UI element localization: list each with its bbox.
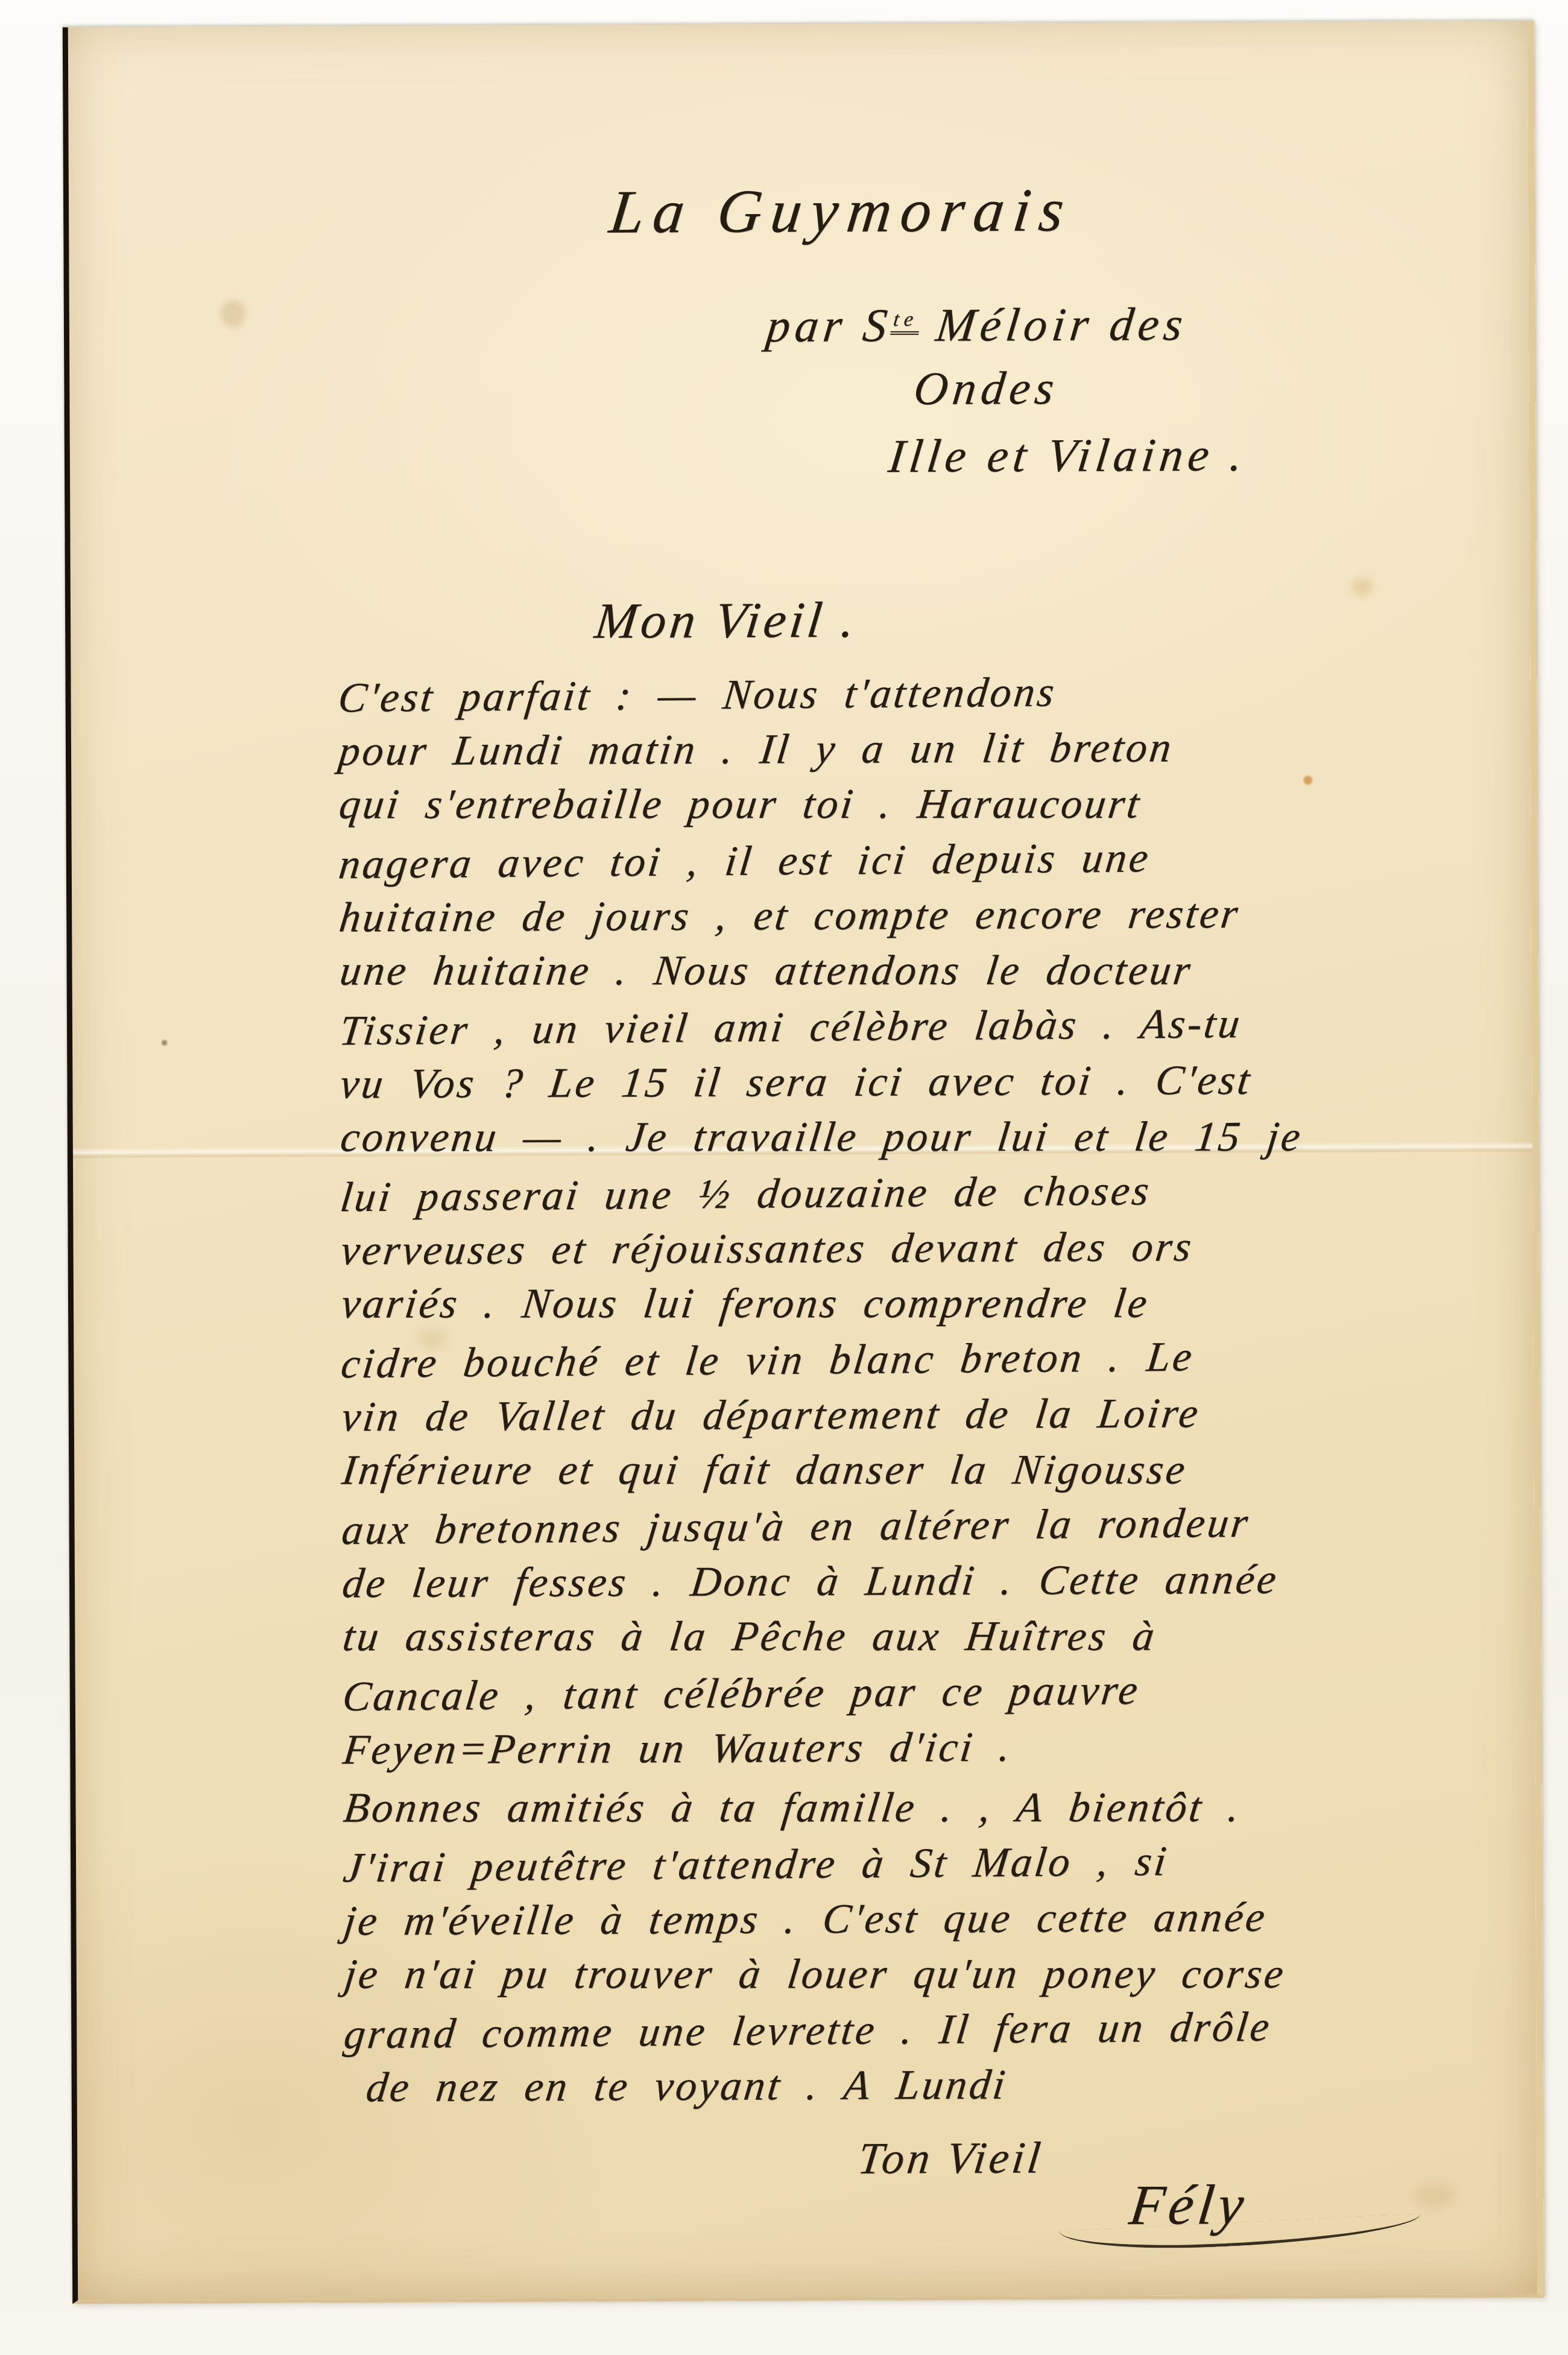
closing: Ton Vieil: [855, 2132, 1046, 2184]
handwritten-line: lui passerai une ½ douzaine de choses: [338, 1160, 1544, 1225]
handwritten-line: convenu — . Je travaille pour lui et le …: [338, 1109, 1544, 1165]
letter-paper: La Guymorais par Ste Méloir des Ondes Il…: [63, 21, 1544, 2304]
handwritten-line: Inférieure et qui fait danser la Nigouss…: [339, 1442, 1544, 1498]
handwritten-line: nagera avec toi , il est ici depuis une: [336, 827, 1543, 893]
handwritten-line: cidre bouché et le vin blanc breton . Le: [338, 1327, 1544, 1392]
handwritten-line: Bonnes amitiés à ta famille . , A bientô…: [341, 1780, 1544, 1836]
handwritten-line: une huitaine . Nous attendons le docteur: [337, 943, 1543, 999]
handwritten-line: Cancale , tant célébrée par ce pauvre: [340, 1660, 1544, 1725]
handwritten-line: verveuses et réjouissantes devant des or…: [338, 1218, 1544, 1279]
letterhead-commune: par Ste Méloir des: [371, 295, 1544, 355]
handwritten-line: Feyen=Perrin un Wauters d'ici .: [340, 1718, 1544, 1778]
letterhead-place: La Guymorais: [234, 173, 1449, 249]
handwritten-line: huitaine de jours , et compte encore res…: [337, 885, 1543, 946]
foxing-spot: [1351, 578, 1373, 596]
handwritten-line: qui s'entrebaille pour toi . Haraucourt: [336, 776, 1542, 832]
handwritten-line: de leur fesses . Donc à Lundi . Cette an…: [340, 1551, 1544, 1612]
scanner-background: La Guymorais par Ste Méloir des Ondes Il…: [0, 0, 1568, 2355]
handwritten-line: grand comme une levrette . Il fera un dr…: [341, 1997, 1544, 2063]
letterhead-commune-line2: Ondes: [380, 358, 1544, 418]
handwritten-line: vin de Vallet du département de la Loire: [338, 1385, 1544, 1446]
handwritten-line: pour Lundi matin . Il y a un lit breton: [336, 719, 1543, 780]
handwritten-line: de nez en te voyant . A Lundi: [363, 2055, 1544, 2116]
letter-body: C'est parfait : — Nous t'attendonspour L…: [338, 663, 1544, 2116]
foxing-spot: [221, 300, 246, 327]
foxing-spot: [1413, 2183, 1455, 2207]
greeting: Mon Vieil .: [592, 591, 861, 651]
handwritten-line: Tissier , un vieil ami célèbre labàs . A…: [337, 994, 1543, 1059]
letterhead-commune-suffix: Méloir des: [917, 297, 1190, 351]
letterhead-commune-prefix: par S: [763, 299, 894, 352]
handwritten-line: je n'ai pu trouver à louer qu'un poney c…: [341, 1946, 1544, 2002]
handwritten-line: vu Vos ? Le 15 il sera ici avec toi . C'…: [337, 1052, 1544, 1113]
handwritten-line: J'irai peutêtre t'attendre à St Malo , s…: [340, 1831, 1544, 1896]
saint-abbreviation-superscript: te: [890, 308, 922, 335]
ink-speck: [162, 1040, 167, 1046]
letterhead-department: Ille et Vilaine .: [462, 426, 1544, 485]
handwritten-line: aux bretonnes jusqu'à en altérer la rond…: [339, 1493, 1544, 1558]
handwritten-line: tu assisteras à la Pêche aux Huîtres à: [340, 1608, 1544, 1664]
handwritten-line: je m'éveille à temps . C'est que cette a…: [341, 1889, 1544, 1950]
handwritten-line: variés . Nous lui ferons comprendre le: [338, 1275, 1544, 1332]
handwritten-line: C'est parfait : — Nous t'attendons: [335, 661, 1542, 726]
